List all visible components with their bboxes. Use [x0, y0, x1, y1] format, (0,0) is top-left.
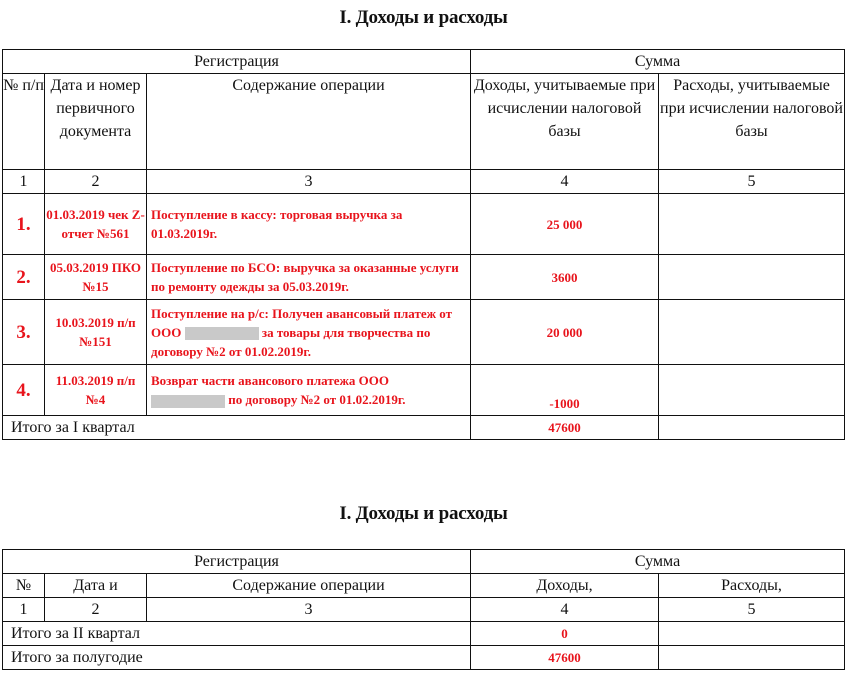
redacted-company-name [151, 395, 225, 408]
total-expense [659, 416, 845, 440]
row-expense [659, 300, 845, 365]
header-col-date: Дата и [45, 574, 147, 598]
row-income: -1000 [471, 365, 659, 416]
total-expense [659, 622, 845, 646]
row-income: 25 000 [471, 194, 659, 255]
table-row: 1. 01.03.2019 чек Z-отчет №561 Поступлен… [3, 194, 845, 255]
header-col-content: Содержание операции [147, 574, 471, 598]
header-col-expense: Расходы, учитываемые при исчислении нало… [659, 74, 845, 170]
header-col-content: Содержание операции [147, 74, 471, 170]
total-label: Итого за I квартал [3, 416, 471, 440]
total-row: Итого за II квартал 0 [3, 622, 845, 646]
row-content: Поступление в кассу: торговая выручка за… [147, 194, 471, 255]
total-income: 0 [471, 622, 659, 646]
row-income: 3600 [471, 255, 659, 300]
header-sum: Сумма [471, 50, 845, 74]
col-number-4: 4 [471, 170, 659, 194]
row-number: 4. [3, 365, 45, 416]
row-date-doc: 11.03.2019 п/п №4 [45, 365, 147, 416]
total-row: Итого за I квартал 47600 [3, 416, 845, 440]
header-registration: Регистрация [3, 50, 471, 74]
col-number-3: 3 [147, 598, 471, 622]
total-row: Итого за полугодие 47600 [3, 646, 845, 670]
col-number-1: 1 [3, 170, 45, 194]
income-expense-table-q2: Регистрация Сумма № Дата и Содержание оп… [2, 549, 845, 670]
row-date-doc: 05.03.2019 ПКО №15 [45, 255, 147, 300]
row-expense [659, 255, 845, 300]
header-col-expense: Расходы, [659, 574, 845, 598]
col-number-1: 1 [3, 598, 45, 622]
total-label: Итого за II квартал [3, 622, 471, 646]
row-date-doc: 01.03.2019 чек Z-отчет №561 [45, 194, 147, 255]
table-row: 4. 11.03.2019 п/п №4 Возврат части аванс… [3, 365, 845, 416]
col-number-5: 5 [659, 170, 845, 194]
row-content-after: по договору №2 от 01.02.2019г. [228, 392, 405, 407]
total-income: 47600 [471, 416, 659, 440]
row-expense [659, 194, 845, 255]
header-sum: Сумма [471, 550, 845, 574]
row-content: Возврат части авансового платежа ООО по … [147, 365, 471, 416]
total-income: 47600 [471, 646, 659, 670]
section-1-title: I. Доходы и расходы [0, 7, 847, 29]
table-row: 2. 05.03.2019 ПКО №15 Поступление по БСО… [3, 255, 845, 300]
row-number: 1. [3, 194, 45, 255]
header-registration: Регистрация [3, 550, 471, 574]
redacted-company-name [185, 327, 259, 340]
col-number-2: 2 [45, 598, 147, 622]
row-content: Поступление по БСО: выручка за оказанные… [147, 255, 471, 300]
col-number-4: 4 [471, 598, 659, 622]
header-col-income: Доходы, [471, 574, 659, 598]
row-number: 2. [3, 255, 45, 300]
income-expense-table-q1: Регистрация Сумма № п/п Дата и номер пер… [2, 49, 845, 440]
row-expense [659, 365, 845, 416]
col-number-3: 3 [147, 170, 471, 194]
col-number-2: 2 [45, 170, 147, 194]
row-content: Поступление на р/с: Получен авансовый пл… [147, 300, 471, 365]
header-col-num: № [3, 574, 45, 598]
header-col-income: Доходы, учитываемые при исчислении налог… [471, 74, 659, 170]
row-content-before: Возврат части авансового платежа ООО [151, 373, 389, 388]
row-income: 20 000 [471, 300, 659, 365]
header-col-date: Дата и номер первичного документа [45, 74, 147, 170]
total-expense [659, 646, 845, 670]
section-2-title: I. Доходы и расходы [0, 503, 847, 525]
total-label: Итого за полугодие [3, 646, 471, 670]
table-row: 3. 10.03.2019 п/п №151 Поступление на р/… [3, 300, 845, 365]
col-number-5: 5 [659, 598, 845, 622]
header-col-num: № п/п [3, 74, 45, 170]
row-number: 3. [3, 300, 45, 365]
row-date-doc: 10.03.2019 п/п №151 [45, 300, 147, 365]
